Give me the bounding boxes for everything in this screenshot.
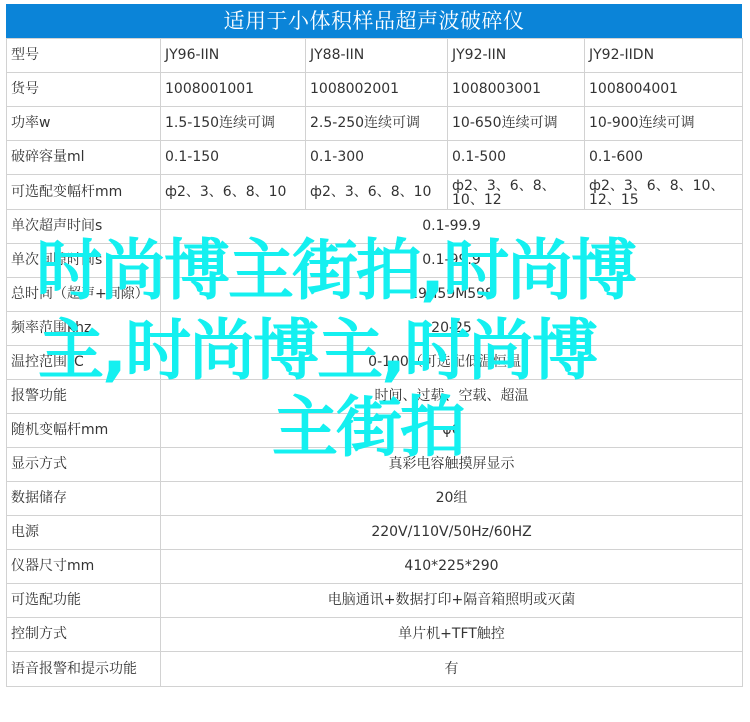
table-row: 仪器尺寸mm 410*225*290 <box>7 550 743 584</box>
cell: 1.5-150连续可调 <box>161 107 306 141</box>
spec-sheet: 适用于小体积样品超声波破碎仪 型号 JY96-IIN JY88-IIN JY92… <box>6 4 742 687</box>
cell: JY92-IIDN <box>585 39 743 73</box>
spec-table: 型号 JY96-IIN JY88-IIN JY92-IIN JY92-IIDN … <box>6 38 743 687</box>
cell: 0.1-600 <box>585 141 743 175</box>
row-label: 控制方式 <box>7 618 161 652</box>
cell-merged: 410*225*290 <box>161 550 743 584</box>
table-row: 货号 1008001001 1008002001 1008003001 1008… <box>7 73 743 107</box>
cell: ф2、3、6、8、10、12、15 <box>585 175 743 210</box>
cell: ф2、3、6、8、10 <box>306 175 448 210</box>
row-label: 型号 <box>7 39 161 73</box>
cell: 2.5-250连续可调 <box>306 107 448 141</box>
row-label: 可选配变幅杆mm <box>7 175 161 210</box>
cell-merged: 20-25 <box>161 312 743 346</box>
cell: 0.1-500 <box>448 141 585 175</box>
table-row: 单次间隙时间s 0.1-99.9 <box>7 244 743 278</box>
table-row: 型号 JY96-IIN JY88-IIN JY92-IIN JY92-IIDN <box>7 39 743 73</box>
table-row: 可选配变幅杆mm ф2、3、6、8、10 ф2、3、6、8、10 ф2、3、6、… <box>7 175 743 210</box>
cell-merged: 20组 <box>161 482 743 516</box>
table-row: 数据储存 20组 <box>7 482 743 516</box>
row-label: 显示方式 <box>7 448 161 482</box>
table-row: 报警功能 时间、过载、空载、超温 <box>7 380 743 414</box>
cell-merged: φ6 <box>161 414 743 448</box>
cell: ф2、3、6、8、10、12 <box>448 175 585 210</box>
table-row: 单次超声时间s 0.1-99.9 <box>7 210 743 244</box>
cell: 1008004001 <box>585 73 743 107</box>
row-label: 破碎容量ml <box>7 141 161 175</box>
table-row: 频率范围khz 20-25 <box>7 312 743 346</box>
cell: JY88-IIN <box>306 39 448 73</box>
cell-merged: 0.1-99.9 <box>161 210 743 244</box>
cell: 0.1-150 <box>161 141 306 175</box>
table-row: 总时间（超声+间隙） 19H59M59S <box>7 278 743 312</box>
cell-merged: 有 <box>161 652 743 687</box>
row-label: 单次间隙时间s <box>7 244 161 278</box>
table-row: 可选配功能 电脑通讯+数据打印+隔音箱照明或灭菌 <box>7 584 743 618</box>
table-row: 功率w 1.5-150连续可调 2.5-250连续可调 10-650连续可调 1… <box>7 107 743 141</box>
cell-merged: 真彩电容触摸屏显示 <box>161 448 743 482</box>
cell-merged: 电脑通讯+数据打印+隔音箱照明或灭菌 <box>161 584 743 618</box>
cell: 10-650连续可调 <box>448 107 585 141</box>
row-label: 随机变幅杆mm <box>7 414 161 448</box>
cell: 10-900连续可调 <box>585 107 743 141</box>
row-label: 电源 <box>7 516 161 550</box>
row-label: 可选配功能 <box>7 584 161 618</box>
table-row: 温控范围°C 0-100（可选配低温恒温） <box>7 346 743 380</box>
cell-merged: 时间、过载、空载、超温 <box>161 380 743 414</box>
row-label: 总时间（超声+间隙） <box>7 278 161 312</box>
cell: 1008003001 <box>448 73 585 107</box>
row-label: 功率w <box>7 107 161 141</box>
row-label: 报警功能 <box>7 380 161 414</box>
cell-merged: 19H59M59S <box>161 278 743 312</box>
cell-merged: 0.1-99.9 <box>161 244 743 278</box>
cell: ф2、3、6、8、10 <box>161 175 306 210</box>
table-row: 随机变幅杆mm φ6 <box>7 414 743 448</box>
cell: JY96-IIN <box>161 39 306 73</box>
row-label: 单次超声时间s <box>7 210 161 244</box>
cell-merged: 0-100（可选配低温恒温） <box>161 346 743 380</box>
row-label: 频率范围khz <box>7 312 161 346</box>
table-row: 显示方式 真彩电容触摸屏显示 <box>7 448 743 482</box>
row-label: 货号 <box>7 73 161 107</box>
table-row: 破碎容量ml 0.1-150 0.1-300 0.1-500 0.1-600 <box>7 141 743 175</box>
cell-merged: 单片机+TFT触控 <box>161 618 743 652</box>
cell: 1008002001 <box>306 73 448 107</box>
table-row: 电源 220V/110V/50Hz/60HZ <box>7 516 743 550</box>
cell-merged: 220V/110V/50Hz/60HZ <box>161 516 743 550</box>
table-title: 适用于小体积样品超声波破碎仪 <box>6 4 742 38</box>
row-label: 数据储存 <box>7 482 161 516</box>
row-label: 仪器尺寸mm <box>7 550 161 584</box>
cell: 1008001001 <box>161 73 306 107</box>
cell: JY92-IIN <box>448 39 585 73</box>
row-label: 语音报警和提示功能 <box>7 652 161 687</box>
table-row: 语音报警和提示功能 有 <box>7 652 743 687</box>
row-label: 温控范围°C <box>7 346 161 380</box>
table-row: 控制方式 单片机+TFT触控 <box>7 618 743 652</box>
cell: 0.1-300 <box>306 141 448 175</box>
